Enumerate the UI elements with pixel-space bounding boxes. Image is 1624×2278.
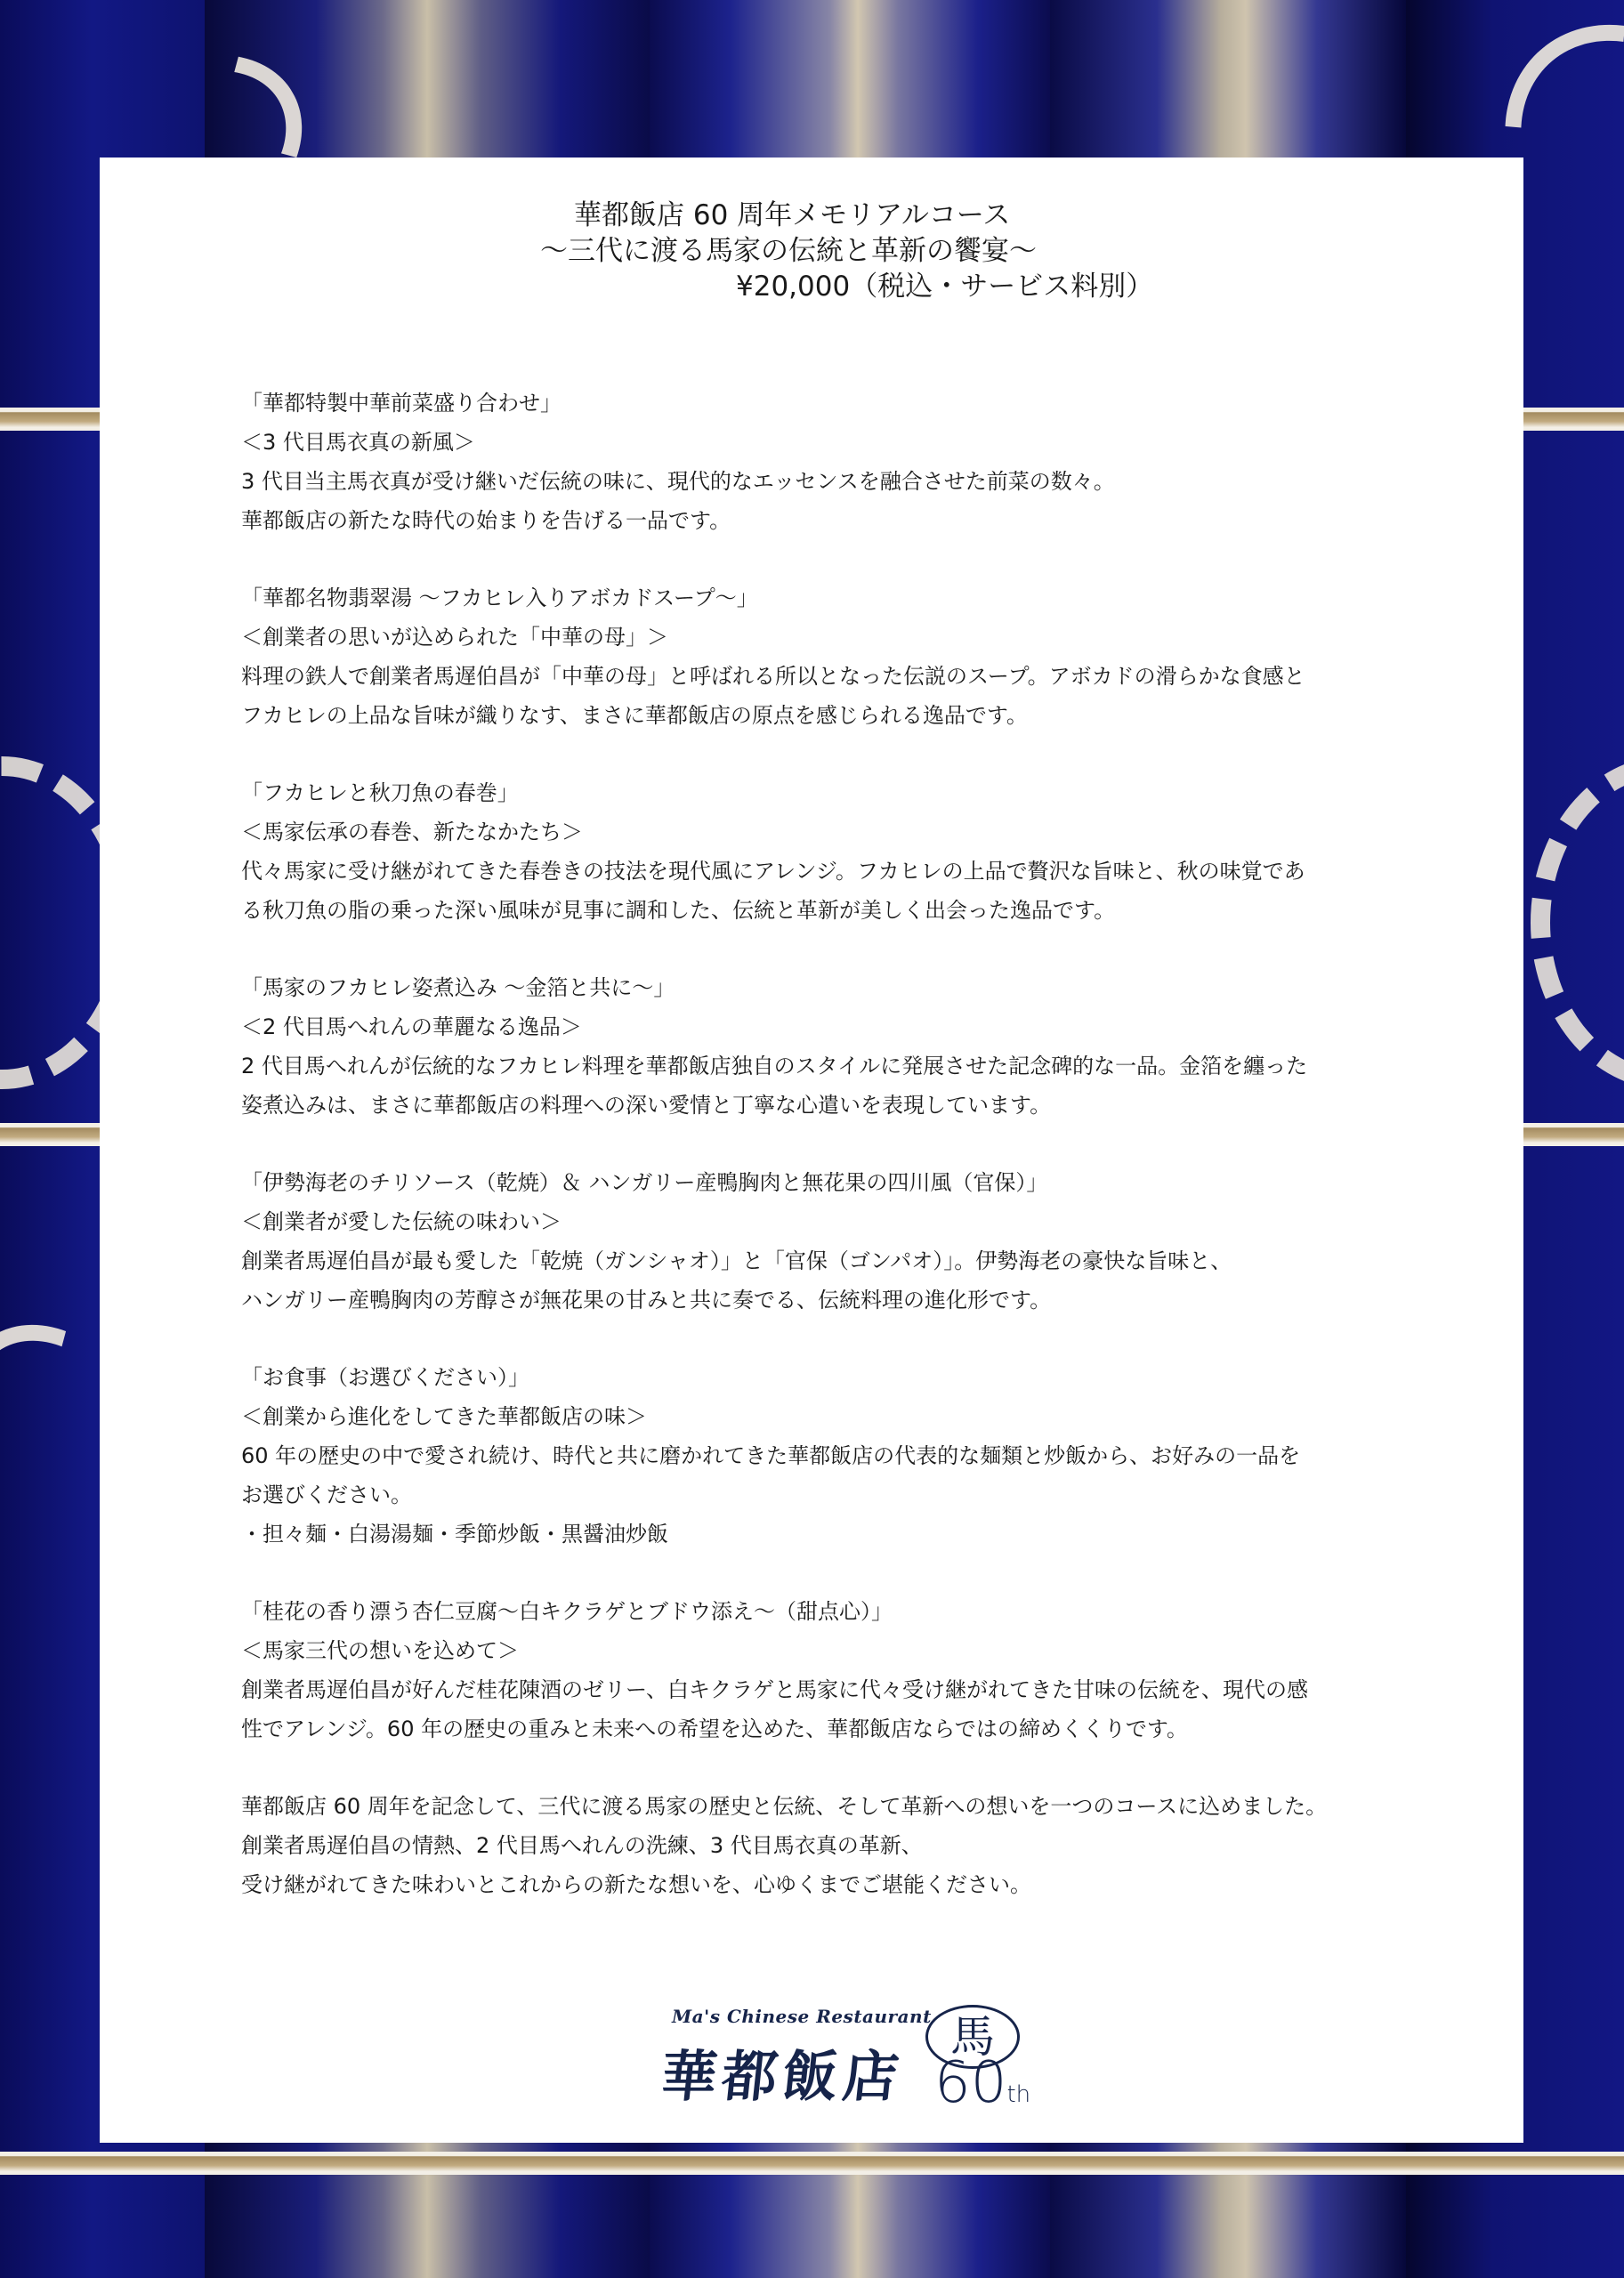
dish-description: る秋刀魚の脂の乗った深い風味が見事に調和した、伝統と革新が美しく出会った逸品です… [241, 891, 1389, 930]
dish-theme: ＜創業者の思いが込められた「中華の母」＞ [241, 618, 1389, 657]
dish-description: お選びください。 [241, 1475, 1389, 1515]
dish-description: 3 代目当主馬衣真が受け継いだ伝統の味に、現代的なエッセンスを融合させた前菜の数… [241, 462, 1389, 501]
course-item: 「華都特製中華前菜盛り合わせ」 ＜3 代目馬衣真の新風＞ 3 代目当主馬衣真が受… [241, 384, 1389, 540]
course-item: 「華都名物翡翠湯 ～フカヒレ入りアボカドスープ～」 ＜創業者の思いが込められた「… [241, 578, 1389, 735]
course-item: 「桂花の香り漂う杏仁豆腐～白キクラゲとブドウ添え～（甜点心）」 ＜馬家三代の想い… [241, 1592, 1389, 1749]
course-subtitle: ～三代に渡る馬家の伝統と革新の饗宴～ [540, 233, 1037, 269]
dish-options: ・担々麺・白湯湯麺・季節炒飯・黒醤油炒飯 [241, 1515, 1389, 1554]
dish-description: 華都飯店の新たな時代の始まりを告げる一品です。 [241, 501, 1389, 540]
dish-description: 姿煮込みは、まさに華都飯店の料理への深い愛情と丁寧な心遣いを表現しています。 [241, 1086, 1389, 1125]
dish-description: 創業者馬遅伯昌が最も愛した「乾焼（ガンシャオ）」と「官保（ゴンパオ）」。伊勢海老… [241, 1241, 1389, 1280]
course-item: 「馬家のフカヒレ姿煮込み ～金箔と共に～」 ＜2 代目馬へれんの華麗なる逸品＞ … [241, 968, 1389, 1125]
dish-name: 「伊勢海老のチリソース（乾焼）＆ ハンガリー産鴨胸肉と無花果の四川風（官保）」 [241, 1163, 1389, 1202]
anniversary-mark: 60th [934, 2052, 1030, 2126]
closing-line: 創業者馬遅伯昌の情熱、2 代目馬へれんの洗練、3 代目馬衣真の革新、 [241, 1826, 1389, 1865]
dish-name: 「お食事（お選びください）」 [241, 1358, 1389, 1397]
dish-description: フカヒレの上品な旨味が織りなす、まさに華都飯店の原点を感じられる逸品です。 [241, 696, 1389, 735]
dish-name: 「フカヒレと秋刀魚の春巻」 [241, 773, 1389, 812]
closing-line: 受け継がれてきた味わいとこれからの新たな想いを、心ゆくまでご堪能ください。 [241, 1865, 1389, 1904]
dish-description: 創業者馬遅伯昌が好んだ桂花陳酒のゼリー、白キクラゲと馬家に代々受け継がれてきた甘… [241, 1670, 1389, 1709]
dish-theme: ＜3 代目馬衣真の新風＞ [241, 423, 1389, 462]
dish-description: 料理の鉄人で創業者馬遅伯昌が「中華の母」と呼ばれる所以となった伝説のスープ。アボ… [241, 657, 1389, 696]
gold-rim-band [0, 2152, 1624, 2175]
closing-message: 華都飯店 60 周年を記念して、三代に渡る馬家の歴史と伝統、そして革新への想いを… [241, 1787, 1389, 1904]
menu-card: 華都飯店 60 周年メモリアルコース ～三代に渡る馬家の伝統と革新の饗宴～ ¥2… [100, 158, 1523, 2143]
dish-name: 「華都特製中華前菜盛り合わせ」 [241, 384, 1389, 423]
dish-theme: ＜2 代目馬へれんの華麗なる逸品＞ [241, 1007, 1389, 1046]
course-list: 「華都特製中華前菜盛り合わせ」 ＜3 代目馬衣真の新風＞ 3 代目当主馬衣真が受… [241, 384, 1389, 1904]
dish-description: ハンガリー産鴨胸肉の芳醇さが無花果の甘みと共に奏でる、伝統料理の進化形です。 [241, 1280, 1389, 1320]
anniversary-suffix: th [1006, 2081, 1030, 2108]
dish-theme: ＜馬家伝承の春巻、新たなかたち＞ [241, 812, 1389, 852]
dish-theme: ＜創業から進化をしてきた華都飯店の味＞ [241, 1397, 1389, 1436]
dish-description: 60 年の歴史の中で愛され続け、時代と共に磨かれてきた華都飯店の代表的な麺類と炒… [241, 1436, 1389, 1475]
dish-theme: ＜創業者が愛した伝統の味わい＞ [241, 1202, 1389, 1241]
closing-line: 華都飯店 60 周年を記念して、三代に渡る馬家の歴史と伝統、そして革新への想いを… [241, 1787, 1389, 1826]
logo-japanese-name: 華都飯店 [658, 2032, 908, 2112]
logo-english-name: Ma's Chinese Restaurant [672, 2006, 932, 2027]
course-price: ¥20,000（税込・サービス料別） [736, 269, 1153, 304]
dish-description: 性でアレンジ。60 年の歴史の重みと未来への希望を込めた、華都飯店ならではの締め… [241, 1709, 1389, 1749]
course-title: 華都飯店 60 周年メモリアルコース [574, 198, 1010, 233]
anniversary-number: 60 [934, 2050, 1006, 2116]
course-item: 「伊勢海老のチリソース（乾焼）＆ ハンガリー産鴨胸肉と無花果の四川風（官保）」 … [241, 1163, 1389, 1320]
dish-name: 「馬家のフカヒレ姿煮込み ～金箔と共に～」 [241, 968, 1389, 1007]
dish-description: 2 代目馬へれんが伝統的なフカヒレ料理を華都飯店独自のスタイルに発展させた記念碑… [241, 1046, 1389, 1086]
course-item: 「フカヒレと秋刀魚の春巻」 ＜馬家伝承の春巻、新たなかたち＞ 代々馬家に受け継が… [241, 773, 1389, 930]
dish-name: 「華都名物翡翠湯 ～フカヒレ入りアボカドスープ～」 [241, 578, 1389, 618]
dish-name: 「桂花の香り漂う杏仁豆腐～白キクラゲとブドウ添え～（甜点心）」 [241, 1592, 1389, 1631]
dish-theme: ＜馬家三代の想いを込めて＞ [241, 1631, 1389, 1670]
course-item: 「お食事（お選びください）」 ＜創業から進化をしてきた華都飯店の味＞ 60 年の… [241, 1358, 1389, 1554]
restaurant-logo: Ma's Chinese Restaurant 華都飯店 馬 60th [650, 2000, 1023, 2116]
dish-description: 代々馬家に受け継がれてきた春巻きの技法を現代風にアレンジ。フカヒレの上品で贅沢な… [241, 852, 1389, 891]
